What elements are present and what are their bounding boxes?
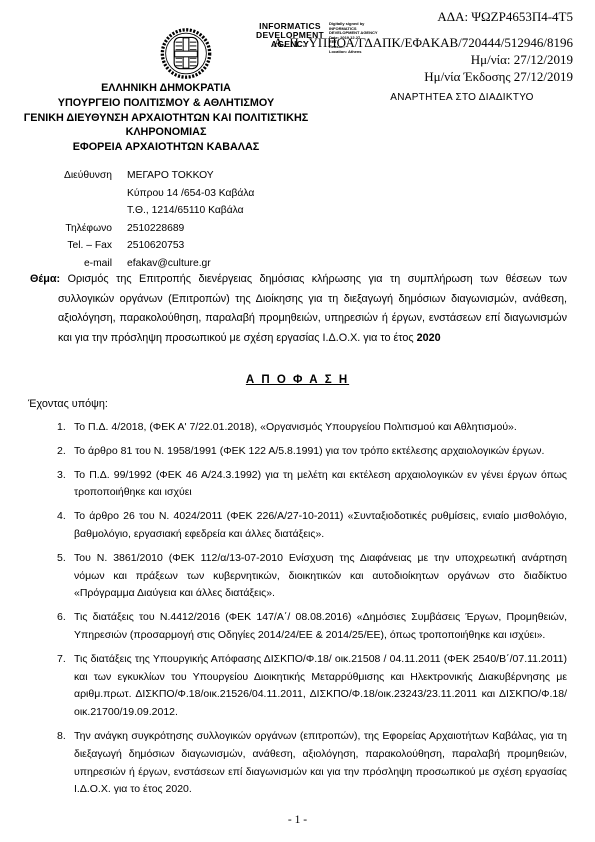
greek-emblem-icon — [157, 27, 215, 80]
list-item-text: Το άρθρο 81 του Ν. 1958/1991 (ΦΕΚ 122 Α/… — [74, 445, 544, 457]
protocol-line: Α. Π.: ΥΠΠΟΑ/ΓΔΑΠΚ/ΕΦΑΚΑΒ/720444/512946/… — [274, 34, 573, 51]
agency-header-line: ΕΦΟΡΕΙΑ ΑΡΧΑΙΟΤΗΤΩΝ ΚΑΒΑΛΑΣ — [18, 140, 314, 155]
document-page: ΑΔΑ: ΨΩΖΡ4653Π4-4Τ5 Α. Π.: ΥΠΠΟΑ/ΓΔΑΠΚ/Ε… — [0, 0, 595, 842]
list-item: 3. Το Π.Δ. 99/1992 (ΦΕΚ 46 Α/24.3.1992) … — [57, 467, 567, 503]
list-item-number: 5. — [57, 550, 66, 568]
contact-label — [48, 185, 112, 203]
contact-row: Τηλέφωνο 2510228689 — [48, 220, 254, 238]
list-item-number: 1. — [57, 419, 66, 437]
having-regard-label: Έχοντας υπόψη: — [28, 398, 108, 410]
list-item-text: Το άρθρο 26 του Ν. 4024/2011 (ΦΕΚ 226/Α/… — [74, 510, 567, 540]
page-number: - 1 - — [0, 814, 595, 826]
subject-label: Θέμα: — [30, 273, 60, 285]
list-item-number: 3. — [57, 467, 66, 485]
ada-line: ΑΔΑ: ΨΩΖΡ4653Π4-4Τ5 — [274, 8, 573, 25]
subject-text: Ορισμός της Επιτροπής διενέργειας δημόσι… — [58, 273, 567, 344]
contact-row: Tel. – Fax 2510620753 — [48, 237, 254, 255]
list-item-text: Τις διατάξεις του Ν.4412/2016 (ΦΕΚ 147/Α… — [74, 611, 567, 641]
contact-label: Τηλέφωνο — [48, 220, 112, 238]
legal-references-list: 1. Το Π.Δ. 4/2018, (ΦΕΚ Α' 7/22.01.2018)… — [57, 419, 567, 805]
contact-value: Τ.Θ., 1214/65110 Καβάλα — [127, 202, 244, 220]
contact-label — [48, 202, 112, 220]
list-item: 7. Τις διατάξεις της Υπουργικής Απόφασης… — [57, 651, 567, 722]
list-item-text: Το Π.Δ. 99/1992 (ΦΕΚ 46 Α/24.3.1992) για… — [74, 469, 567, 499]
contact-row: Διεύθυνση ΜΕΓΑΡΟ ΤΟΚΚΟΥ — [48, 167, 254, 185]
contact-label: Tel. – Fax — [48, 237, 112, 255]
subject-year: 2020 — [417, 332, 441, 344]
contact-row: Κύπρου 14 /654-03 Καβάλα — [48, 185, 254, 203]
agency-header-line: ΥΠΟΥΡΓΕΙΟ ΠΟΛΙΤΙΣΜΟΥ & ΑΘΛΗΤΙΣΜΟΥ — [18, 96, 314, 111]
agency-header: ΕΛΛΗΝΙΚΗ ΔΗΜΟΚΡΑΤΙΑ ΥΠΟΥΡΓΕΙΟ ΠΟΛΙΤΙΣΜΟΥ… — [18, 81, 314, 155]
contact-block: Διεύθυνση ΜΕΓΑΡΟ ΤΟΚΚΟΥ Κύπρου 14 /654-0… — [48, 167, 254, 273]
list-item: 5. Του Ν. 3861/2010 (ΦΕΚ 112/α/13-07-201… — [57, 550, 567, 603]
agency-header-line: ΕΛΛΗΝΙΚΗ ΔΗΜΟΚΡΑΤΙΑ — [18, 81, 314, 96]
contact-row: Τ.Θ., 1214/65110 Καβάλα — [48, 202, 254, 220]
list-item-text: Τις διατάξεις της Υπουργικής Απόφασης ΔΙ… — [74, 653, 567, 718]
list-item-number: 4. — [57, 508, 66, 526]
list-item-text: Του Ν. 3861/2010 (ΦΕΚ 112/α/13-07-2010 Ε… — [74, 552, 567, 600]
contact-value: ΜΕΓΑΡΟ ΤΟΚΚΟΥ — [127, 167, 214, 185]
agency-header-line: ΓΕΝΙΚΗ ΔΙΕΥΘΥΝΣΗ ΑΡΧΑΙΟΤΗΤΩΝ ΚΑΙ ΠΟΛΙΤΙΣ… — [18, 111, 314, 141]
decision-title: Α Π Ο Φ Α Σ Η — [0, 374, 595, 386]
list-item: 8. Την ανάγκη συγκρότησης συλλογικών οργ… — [57, 728, 567, 799]
web-posting-note: ΑΝΑΡΤΗΤΕΑ ΣΤΟ ΔΙΑΔΙΚΤΥΟ — [357, 92, 567, 103]
list-item: 4. Το άρθρο 26 του Ν. 4024/2011 (ΦΕΚ 226… — [57, 508, 567, 544]
contact-value: 2510620753 — [127, 237, 184, 255]
contact-value: 2510228689 — [127, 220, 184, 238]
list-item-number: 2. — [57, 443, 66, 461]
list-item-number: 7. — [57, 651, 66, 669]
list-item-text: Το Π.Δ. 4/2018, (ΦΕΚ Α' 7/22.01.2018), «… — [74, 421, 517, 433]
list-item-number: 8. — [57, 728, 66, 746]
list-item: 2. Το άρθρο 81 του Ν. 1958/1991 (ΦΕΚ 122… — [57, 443, 567, 461]
list-item: 6. Τις διατάξεις του Ν.4412/2016 (ΦΕΚ 14… — [57, 609, 567, 645]
issue-date-line: Ημ/νία Έκδοσης 27/12/2019 — [274, 68, 573, 85]
list-item-text: Την ανάγκη συγκρότησης συλλογικών οργάνω… — [74, 730, 567, 795]
list-item-number: 6. — [57, 609, 66, 627]
contact-value: Κύπρου 14 /654-03 Καβάλα — [127, 185, 254, 203]
contact-label: Διεύθυνση — [48, 167, 112, 185]
date-line: Ημ/νία: 27/12/2019 — [274, 51, 573, 68]
document-metadata: ΑΔΑ: ΨΩΖΡ4653Π4-4Τ5 Α. Π.: ΥΠΠΟΑ/ΓΔΑΠΚ/Ε… — [274, 8, 573, 85]
list-item: 1. Το Π.Δ. 4/2018, (ΦΕΚ Α' 7/22.01.2018)… — [57, 419, 567, 437]
subject-paragraph: Θέμα: Ορισμός της Επιτροπής διενέργειας … — [30, 270, 567, 348]
